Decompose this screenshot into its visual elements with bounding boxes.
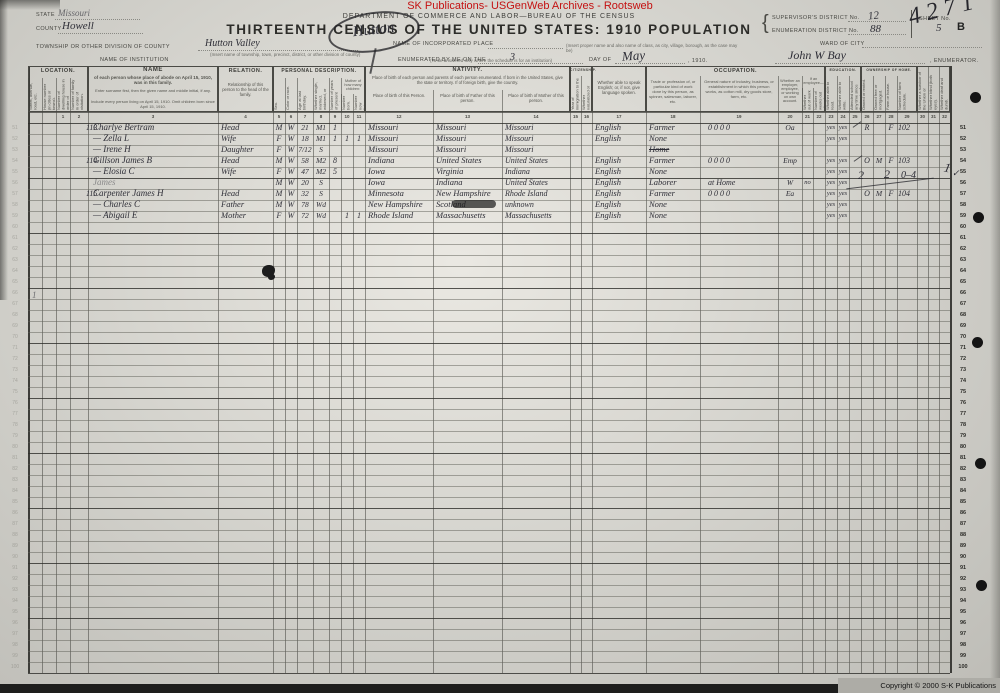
entry-bpm: unknown — [505, 199, 573, 210]
grid-hline — [28, 233, 950, 234]
margin-line-number-right: 78 — [954, 422, 972, 428]
column-label-deaf: Whether deaf and dumb. — [940, 67, 949, 111]
grid-hline — [28, 431, 950, 432]
grid-hline — [28, 662, 950, 663]
margin-line-number-left: 89 — [8, 543, 22, 549]
margin-line-number-left: 76 — [8, 400, 22, 406]
margin-line-number-right: 92 — [954, 576, 972, 582]
subcol-line — [42, 78, 43, 112]
entry-write: yes — [837, 210, 849, 221]
entry-english: English — [595, 133, 649, 144]
entry-sex: F — [273, 133, 285, 144]
column-label-english: Whether able to speak English; or, if no… — [595, 80, 643, 95]
margin-line-number-left: 83 — [8, 477, 22, 483]
grid-hline-numrow — [28, 112, 950, 113]
entry-living: 1 — [353, 210, 365, 221]
entry-name: — Zella L — [93, 133, 217, 144]
column-label-born: Number born. — [342, 94, 352, 111]
grid-hline — [28, 651, 950, 652]
entry-color: W — [285, 133, 297, 144]
column-number-immig: 15 — [570, 114, 581, 119]
grid-hline — [28, 497, 950, 498]
entry-age: 20 — [297, 177, 313, 188]
grid-hline — [28, 332, 950, 333]
margin-line-number-right: 97 — [954, 631, 972, 637]
census-table: LOCATION.Street, avenue, road, etc.House… — [0, 0, 1000, 693]
entry-bpf: Missouri — [436, 122, 505, 133]
margin-line-number-right: 98 — [954, 642, 972, 648]
entry-bpm: Massachusetts — [505, 210, 573, 221]
copyright-bar: Copyright © 2000 S-K Publications — [838, 678, 1000, 693]
grid-hline — [28, 376, 950, 377]
margin-line-number-left: 66 — [8, 290, 22, 296]
grid-hline — [28, 321, 950, 322]
subcol-line — [873, 76, 874, 112]
subcol-line — [928, 67, 929, 112]
entry-color: W — [285, 188, 297, 199]
margin-line-number-left: 99 — [8, 653, 22, 659]
margin-line-number-left: 70 — [8, 334, 22, 340]
entry-marital: Wd — [313, 210, 329, 221]
column-label-street: Street, avenue, road, etc. — [29, 78, 41, 111]
punch-hole — [970, 92, 981, 103]
margin-line-number-right: 84 — [954, 488, 972, 494]
grid-hline — [28, 541, 950, 542]
entry-age: 72 — [297, 210, 313, 221]
column-number-living: 11 — [353, 114, 365, 119]
margin-line-number-right: 62 — [954, 246, 972, 252]
margin-line-number-right: 61 — [954, 235, 972, 241]
entry-bp: New Hampshire — [368, 199, 436, 210]
entry-owned: R — [861, 122, 873, 133]
entry-name: Charlye Bertram — [93, 122, 217, 133]
column-number-outwork: 21 — [802, 114, 813, 119]
subcol-line — [570, 76, 571, 112]
column-number-read: 23 — [825, 114, 837, 119]
column-label-age: Age at last birthday. — [298, 78, 312, 111]
margin-line-number-right: 93 — [954, 587, 972, 593]
column-number-farmhouse: 28 — [885, 114, 897, 119]
grid-hline — [28, 266, 950, 267]
margin-line-number-right: 88 — [954, 532, 972, 538]
entry-name: — Charles C — [93, 199, 217, 210]
subcol-line — [329, 78, 330, 112]
margin-line-number-right: 66 — [954, 290, 972, 296]
column-label-bpm: Place of birth of Mother of this person. — [504, 93, 568, 103]
entry-bpm: Missouri — [505, 133, 573, 144]
grid-hline — [28, 563, 950, 564]
margin-line-number-left: 61 — [8, 235, 22, 241]
margin-line-number-left: 88 — [8, 532, 22, 538]
column-number-blind: 31 — [928, 114, 939, 119]
column-number-owned: 26 — [861, 114, 873, 119]
entry-read: yes — [825, 133, 837, 144]
margin-line-number-left: 100 — [8, 664, 22, 670]
name-desc-1: of each person whose place of abode on A… — [91, 75, 215, 85]
margin-line-number-left: 82 — [8, 466, 22, 472]
entry-read: yes — [825, 155, 837, 166]
margin-line-number-left: 65 — [8, 279, 22, 285]
entry-marital: S — [313, 177, 329, 188]
subcol-line — [297, 78, 298, 112]
entry-write: yes — [837, 188, 849, 199]
entry-write: yes — [837, 177, 849, 188]
margin-line-number-left: 81 — [8, 455, 22, 461]
column-number-weeks: 22 — [813, 114, 825, 119]
entry-marital: M1 — [313, 122, 329, 133]
entry-yrs: 8 — [329, 155, 341, 166]
margin-line-number-right: 51 — [954, 125, 972, 131]
grid-hline — [28, 442, 950, 443]
punch-hole — [973, 212, 984, 223]
column-label-owned: Owned or rented. — [862, 76, 872, 111]
entry-marital: M2 — [313, 166, 329, 177]
entry-bpm: Missouri — [505, 144, 573, 155]
entry-bpm: United States — [505, 177, 573, 188]
margin-line-number-right: 91 — [954, 565, 972, 571]
margin-line-number-right: 71 — [954, 345, 972, 351]
entry-industry: 0 0 0 0 — [708, 122, 786, 133]
subcol-line — [861, 76, 862, 112]
grid-hline — [28, 519, 950, 520]
column-number-bpf: 13 — [433, 114, 502, 119]
header-group-title: NAME — [88, 67, 218, 73]
grid-hline — [28, 508, 950, 509]
entry-relation: Head — [221, 122, 271, 133]
column-number-class: 20 — [778, 114, 802, 119]
entry-mortgage: M — [873, 188, 885, 199]
entry-trade: Farmer — [649, 188, 703, 199]
column-label-outwork: Whether out of work on April 15, 1910. — [803, 88, 812, 111]
column-label-family: Number of family in order of visitation. — [71, 78, 87, 111]
subcol-line — [285, 78, 286, 112]
column-number-color: 6 — [285, 114, 297, 119]
margin-line-number-right: 80 — [954, 444, 972, 450]
entry-marital: S — [313, 144, 329, 155]
tally-mark-1: 2 — [858, 168, 864, 183]
subcol-line — [273, 78, 274, 112]
subcol-line — [917, 67, 918, 112]
column-number-deaf: 32 — [939, 114, 950, 119]
entry-color: W — [285, 177, 297, 188]
ink-smear-line58 — [452, 200, 496, 208]
census-sheet: SK Publications- USGenWeb Archives - Roo… — [0, 0, 1000, 693]
entry-bp: Rhode Island — [368, 210, 436, 221]
entry-class: W — [778, 177, 802, 188]
column-number-sex: 5 — [273, 114, 285, 119]
entry-bpf: New Hampshire — [436, 188, 505, 199]
entry-age: 58 — [297, 155, 313, 166]
entry-relation: Wife — [221, 166, 271, 177]
column-number-dwelling: 1 — [56, 114, 70, 119]
entry-bpm: United States — [505, 155, 573, 166]
entry-bpm: Rhode Island — [505, 188, 573, 199]
entry-sex: F — [273, 144, 285, 155]
subcol-line — [837, 76, 838, 112]
margin-line-number-right: 94 — [954, 598, 972, 604]
grid-hline — [28, 629, 950, 630]
margin-line-number-left: 68 — [8, 312, 22, 318]
entry-sex: M — [273, 177, 285, 188]
if-employee-label: If an employee— — [803, 77, 824, 85]
grid-hline — [28, 486, 950, 487]
subcol-line — [802, 88, 803, 112]
margin-line-number-right: 53 — [954, 147, 972, 153]
entry-relation: Father — [221, 199, 271, 210]
margin-line-number-left: 63 — [8, 257, 22, 263]
margin-line-number-right: 56 — [954, 180, 972, 186]
numrow-line — [42, 112, 43, 123]
margin-line-number-right: 86 — [954, 510, 972, 516]
margin-line-number-right: 76 — [954, 400, 972, 406]
entry-trade: Farmer — [649, 155, 703, 166]
grid-hline — [28, 387, 950, 388]
entry-bp: Missouri — [368, 133, 436, 144]
margin-line-number-left: 98 — [8, 642, 22, 648]
margin-line-number-right: 83 — [954, 477, 972, 483]
margin-line-number-left: 92 — [8, 576, 22, 582]
margin-line-number-left: 54 — [8, 158, 22, 164]
grid-hline — [28, 530, 950, 531]
subcol-line — [825, 76, 826, 112]
entry-trade: Home — [649, 144, 703, 155]
nativity-desc: Place of birth of each person and parent… — [370, 75, 565, 85]
entry-color: W — [285, 166, 297, 177]
entry-read: yes — [825, 199, 837, 210]
header-group-title: NATIVITY. — [365, 67, 570, 73]
column-number-school: 25 — [849, 114, 861, 119]
margin-line-number-right: 99 — [954, 653, 972, 659]
entry-write: yes — [837, 122, 849, 133]
margin-line-number-left: 59 — [8, 213, 22, 219]
subcol-line — [813, 88, 814, 112]
entry-english: English — [595, 122, 649, 133]
column-number-marital: 8 — [313, 114, 329, 119]
header-group-title: RELATION. — [218, 68, 273, 74]
margin-line-number-left: 73 — [8, 367, 22, 373]
margin-line-number-left: 97 — [8, 631, 22, 637]
entry-age: 7/12 — [297, 144, 313, 155]
entry-bpm: Indiana — [505, 166, 573, 177]
subcol-line — [353, 94, 354, 112]
entry-relation: Daughter — [221, 144, 271, 155]
grid-hline — [28, 277, 950, 278]
margin-line-number-left: 60 — [8, 224, 22, 230]
header-group-title: OCCUPATION. — [646, 68, 825, 74]
column-label-schedule: Number of farm schedule. — [898, 76, 916, 111]
entry-yrs: 5 — [329, 166, 341, 177]
grid-hline — [28, 596, 950, 597]
numrow-line — [28, 112, 29, 123]
column-label-living: Number now living. — [354, 94, 364, 111]
entry-marital: S — [313, 188, 329, 199]
margin-line-number-left: 96 — [8, 620, 22, 626]
entry-bpf: United States — [436, 155, 505, 166]
entry-color: W — [285, 144, 297, 155]
margin-line-number-left: 75 — [8, 389, 22, 395]
column-number-yrs: 9 — [329, 114, 341, 119]
margin-line-number-left: 62 — [8, 246, 22, 252]
grid-vline-right — [950, 66, 952, 673]
entry-class: Oa — [778, 122, 802, 133]
entry-sex: M — [273, 122, 285, 133]
column-label-school: Attended school any time since September… — [850, 76, 860, 111]
margin-line-number-right: 59 — [954, 213, 972, 219]
margin-line-number-right: 96 — [954, 620, 972, 626]
column-label-veteran: Whether a survivor of the Union or Confe… — [918, 67, 927, 111]
margin-line-number-left: 79 — [8, 433, 22, 439]
entry-marital: M1 — [313, 133, 329, 144]
margin-line-number-right: 69 — [954, 323, 972, 329]
header-group-title: OWNERSHIP OF HOME. — [861, 68, 917, 72]
margin-line-number-left: 95 — [8, 609, 22, 615]
entry-bpf: Missouri — [436, 133, 505, 144]
entry-write: yes — [837, 133, 849, 144]
entry-bp: Missouri — [368, 144, 436, 155]
entry-bpf: Missouri — [436, 144, 505, 155]
entry-industry: 0 0 0 0 — [708, 188, 786, 199]
entry-name: — Irene H — [93, 144, 217, 155]
grid-hline — [28, 464, 950, 465]
subcol-line — [56, 78, 57, 112]
margin-line-number-right: 95 — [954, 609, 972, 615]
margin-line-number-right: 60 — [954, 224, 972, 230]
entry-bp: Iowa — [368, 166, 436, 177]
subcol-line — [28, 78, 29, 112]
grid-hline — [28, 453, 950, 454]
column-label-dwelling: Number of dwelling house in order of vis… — [57, 78, 69, 111]
entry-sex: M — [273, 188, 285, 199]
margin-line-number-left: 87 — [8, 521, 22, 527]
entry-name: — Abigail E — [93, 210, 217, 221]
column-number-born: 10 — [341, 114, 353, 119]
entry-english: English — [595, 199, 649, 210]
entry-read: yes — [825, 210, 837, 221]
entry-class: Ea — [778, 188, 802, 199]
entry-trade: None — [649, 210, 703, 221]
margin-line-number-left: 69 — [8, 323, 22, 329]
column-label-immig: Year of immigration to the United States… — [571, 76, 580, 111]
margin-line-number-right: 75 — [954, 389, 972, 395]
margin-line-number-right: 68 — [954, 312, 972, 318]
grid-hline — [28, 640, 950, 641]
subcol-line — [433, 90, 434, 112]
header-group-title: PERSONAL DESCRIPTION. — [273, 68, 365, 74]
entry-owned: O — [861, 188, 873, 199]
entry-name: James — [93, 177, 217, 188]
entry-outwork: no — [802, 177, 813, 188]
entry-color: W — [285, 210, 297, 221]
subcol-line — [341, 94, 342, 112]
margin-line-number-right: 63 — [954, 257, 972, 263]
margin-line-number-left: 56 — [8, 180, 22, 186]
grid-hline — [28, 420, 950, 421]
grid-hline — [28, 288, 950, 289]
margin-line-number-right: 79 — [954, 433, 972, 439]
entry-bpf: Virginia — [436, 166, 505, 177]
column-label-bpf: Place of birth of Father of this person. — [435, 93, 500, 103]
column-label-sex: Sex. — [274, 78, 284, 111]
subcol-line — [313, 78, 314, 112]
column-number-natur: 16 — [581, 114, 592, 119]
margin-line-number-left: 78 — [8, 422, 22, 428]
subcol-line — [581, 76, 582, 112]
margin-line-number-left: 84 — [8, 488, 22, 494]
column-label-industry: General nature of industry, business, or… — [703, 79, 775, 99]
margin-line-number-left: 67 — [8, 301, 22, 307]
entry-industry: at Home — [708, 177, 786, 188]
subcol-line — [70, 78, 71, 112]
entry-yrs: 1 — [329, 133, 341, 144]
entry-farmhouse: F — [885, 155, 897, 166]
entry-sex: M — [273, 155, 285, 166]
header-group-title: LOCATION. — [28, 68, 88, 74]
column-label-blind: Whether blind (both eyes). — [929, 67, 938, 111]
column-label-marital: Whether single, married, widowed, or div… — [314, 78, 328, 111]
column-label-trade: Trade or profession of, or particular ki… — [649, 79, 697, 104]
entry-born: 1 — [341, 133, 353, 144]
column-label-read: Whether able to read. — [826, 76, 836, 111]
entry-english: English — [595, 210, 649, 221]
entry-bp: Missouri — [368, 122, 436, 133]
entry-trade: None — [649, 199, 703, 210]
entry-age: 32 — [297, 188, 313, 199]
margin-line-number-left: 86 — [8, 510, 22, 516]
entry-read: yes — [825, 166, 837, 177]
column-number-family: 2 — [70, 114, 88, 119]
entry-age: 18 — [297, 133, 313, 144]
entry-color: W — [285, 122, 297, 133]
entry-english: English — [595, 166, 649, 177]
margin-checkmark: ✓ — [952, 168, 960, 179]
entry-name: Gillson James B — [93, 155, 217, 166]
grid-hline — [28, 607, 950, 608]
margin-line-number-left: 57 — [8, 191, 22, 197]
column-number-relation: 4 — [218, 114, 273, 119]
entry-read: yes — [825, 188, 837, 199]
entry-trade: Farmer — [649, 122, 703, 133]
entry-write: yes — [837, 166, 849, 177]
margin-line-number-right: 77 — [954, 411, 972, 417]
column-number-age: 7 — [297, 114, 313, 119]
entry-bp: Iowa — [368, 177, 436, 188]
entry-class: Emp — [778, 155, 802, 166]
entry-age: 21 — [297, 122, 313, 133]
entry-color: W — [285, 155, 297, 166]
entry-relation: Head — [221, 155, 271, 166]
entry-age: 47 — [297, 166, 313, 177]
entry-industry: 0 0 0 0 — [708, 155, 786, 166]
column-label-yrs: Number of years of present marriage. — [330, 78, 340, 111]
grid-hline — [28, 409, 950, 410]
grid-hline — [28, 299, 950, 300]
punch-hole — [972, 337, 983, 348]
margin-line-number-left: 64 — [8, 268, 22, 274]
margin-line-number-right: 100 — [954, 664, 972, 670]
margin-line-number-right: 52 — [954, 136, 972, 142]
grid-hline — [28, 475, 950, 476]
entry-bp: Indiana — [368, 155, 436, 166]
copyright-text: Copyright © 2000 S-K Publications — [880, 681, 996, 690]
margin-line-number-right: 58 — [954, 202, 972, 208]
margin-line-number-right: 67 — [954, 301, 972, 307]
margin-line-number-left: 72 — [8, 356, 22, 362]
entry-relation: Mother — [221, 210, 271, 221]
grid-hline — [28, 552, 950, 553]
header-group-title: EDUCATION. — [825, 68, 861, 72]
entry-write: yes — [837, 199, 849, 210]
margin-line-number-left: 93 — [8, 587, 22, 593]
